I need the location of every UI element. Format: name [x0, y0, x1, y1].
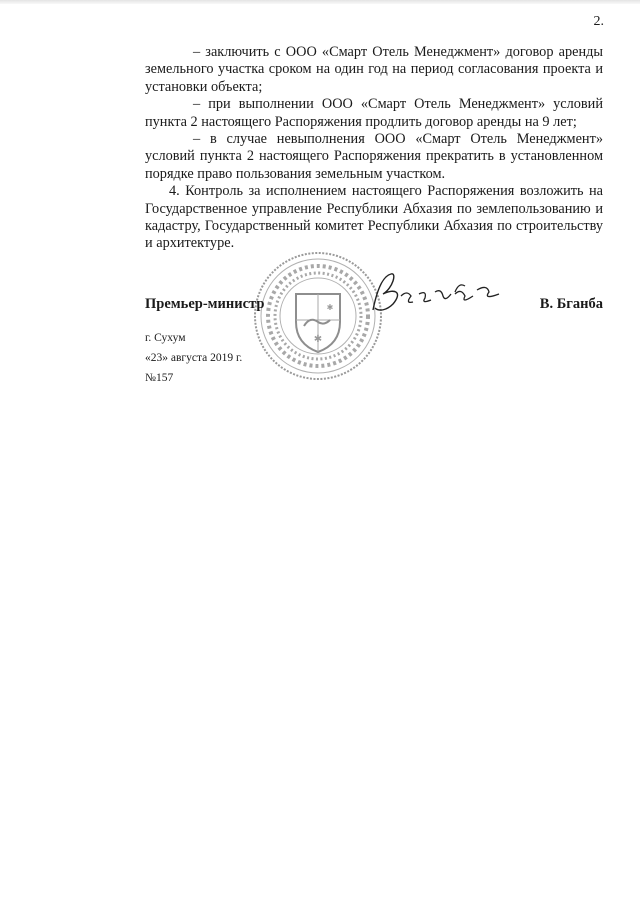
paragraph-terminate-right: – в случае невыполнения ООО «Смарт Отель… — [145, 131, 603, 183]
signatory-title: Премьер-министр — [145, 296, 264, 313]
document-body: – заключить с ООО «Смарт Отель Менеджмен… — [145, 44, 603, 253]
signature-row: Премьер-министр В. Бганба — [145, 296, 603, 320]
scan-edge — [0, 0, 640, 4]
page-number: 2. — [594, 14, 605, 30]
handwritten-signature-icon — [367, 270, 507, 318]
document-date: «23» августа 2019 г. — [145, 352, 242, 364]
document-number: №157 — [145, 372, 173, 384]
signatory-name: В. Бганба — [540, 296, 603, 313]
paragraph-extend-lease: – при выполнении ООО «Смарт Отель Менедж… — [145, 96, 603, 131]
city: г. Сухум — [145, 332, 186, 344]
svg-text:✱: ✱ — [314, 334, 322, 345]
paragraph-conclude-lease: – заключить с ООО «Смарт Отель Менеджмен… — [145, 44, 603, 96]
paragraph-control: 4. Контроль за исполнением настоящего Ра… — [145, 183, 603, 253]
